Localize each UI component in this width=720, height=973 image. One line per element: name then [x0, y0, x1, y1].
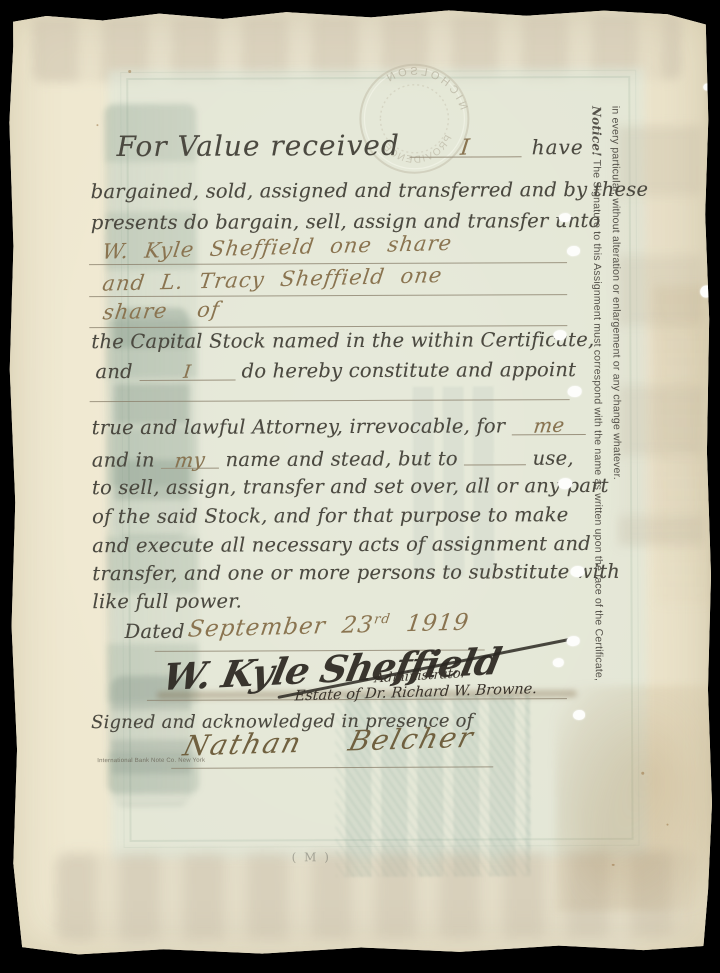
foxing-speck	[128, 70, 131, 73]
appoint-pre-text: and	[95, 360, 132, 383]
appoint-post-text: do hereby constitute and appoint	[242, 358, 577, 382]
opening-fill-handwriting: I	[459, 135, 472, 160]
form-opening-line: For Value received I have	[116, 128, 583, 163]
assignee-handwriting-3: share of	[101, 297, 221, 324]
stead-blank-2	[464, 444, 526, 465]
stead-post-text: use,	[533, 447, 574, 470]
attorney-pre-text: true and lawful Attorney, irrevocable, f…	[92, 414, 506, 439]
attorney-name-blank-line	[90, 399, 570, 402]
stead-mid-text: name and stead, but to	[226, 447, 458, 471]
ruled-line	[89, 294, 567, 297]
printer-credit: International Bank Note Co. New York	[97, 758, 205, 764]
body-line-3: and execute all necessary acts of assign…	[92, 532, 591, 557]
punch-hole	[568, 386, 582, 397]
stain-right-middle	[653, 285, 709, 605]
witness-rule	[171, 766, 493, 768]
capital-stock-line: the Capital Stock named in the within Ce…	[91, 328, 594, 353]
opening-blank: I	[410, 128, 522, 157]
svg-text:NICHOLSON: NICHOLSON	[382, 65, 469, 112]
notice-lead: Notice!	[589, 106, 603, 157]
opening-pre-text: For Value received	[116, 129, 399, 163]
appoint-fill-handwriting: I	[182, 362, 192, 383]
foxing-speck	[96, 124, 98, 126]
punch-hole	[573, 710, 585, 720]
appoint-line: and I do hereby constitute and appoint	[95, 358, 576, 383]
edge-chip	[700, 285, 712, 297]
ruled-line	[89, 262, 567, 265]
punch-hole	[570, 566, 584, 577]
dated-year: 1919	[405, 610, 471, 638]
certificate-scan: NICHOLSON PROVIDENCE For Value received …	[0, 0, 720, 973]
stead-pre-text: and in	[92, 448, 155, 471]
edge-chip	[703, 83, 710, 90]
punch-hole	[559, 213, 571, 222]
assignee-handwriting-2: and L. Tracy Sheffield one	[101, 263, 444, 296]
form-line-3: presents do bargain, sell, assign and tr…	[91, 209, 601, 234]
body-line-1: to sell, assign, transfer and set over, …	[92, 474, 609, 499]
embossed-seal: NICHOLSON PROVIDENCE	[344, 48, 485, 189]
assignee-handwriting-1: W. Kyle Sheffield one share	[101, 231, 454, 264]
stead-line: and in my name and stead, but to use,	[92, 444, 574, 472]
form-line-2: bargained, sold, assigned and transferre…	[91, 178, 649, 203]
body-line-4: transfer, and one or more persons to sub…	[92, 560, 620, 585]
stead-blank-1: my	[161, 448, 219, 469]
appoint-blank: I	[139, 360, 235, 381]
foxing-speck	[666, 824, 668, 826]
dated-day-suffix: rd	[373, 612, 392, 627]
bottom-plate-mark: ( M )	[292, 850, 331, 864]
attorney-line: true and lawful Attorney, irrevocable, f…	[92, 414, 586, 439]
punch-hole	[553, 330, 566, 340]
punch-hole	[553, 658, 564, 667]
attorney-fill-handwriting: me	[532, 414, 565, 438]
foxing-speck	[641, 772, 644, 775]
seal-text-top: NICHOLSON	[382, 65, 469, 112]
dated-handwriting: September 23rd 1919	[186, 610, 470, 643]
punch-hole	[558, 478, 572, 489]
certificate-paper: NICHOLSON PROVIDENCE For Value received …	[4, 5, 714, 958]
body-line-2: of the said Stock, and for that purpose …	[92, 503, 568, 528]
body-line-5: like full power.	[92, 590, 242, 614]
ghost-bottom-border	[56, 851, 696, 942]
punch-hole	[567, 246, 580, 256]
stead-fill-handwriting: my	[174, 448, 207, 472]
opening-post-text: have	[532, 135, 584, 159]
notice-line1-rest: The Signature to this Assignment must co…	[591, 157, 605, 682]
foxing-speck	[612, 864, 615, 866]
dated-month-day: September 23	[186, 612, 375, 643]
punch-hole	[567, 636, 580, 646]
attorney-blank: me	[512, 414, 586, 435]
dated-label: Dated	[125, 620, 185, 643]
